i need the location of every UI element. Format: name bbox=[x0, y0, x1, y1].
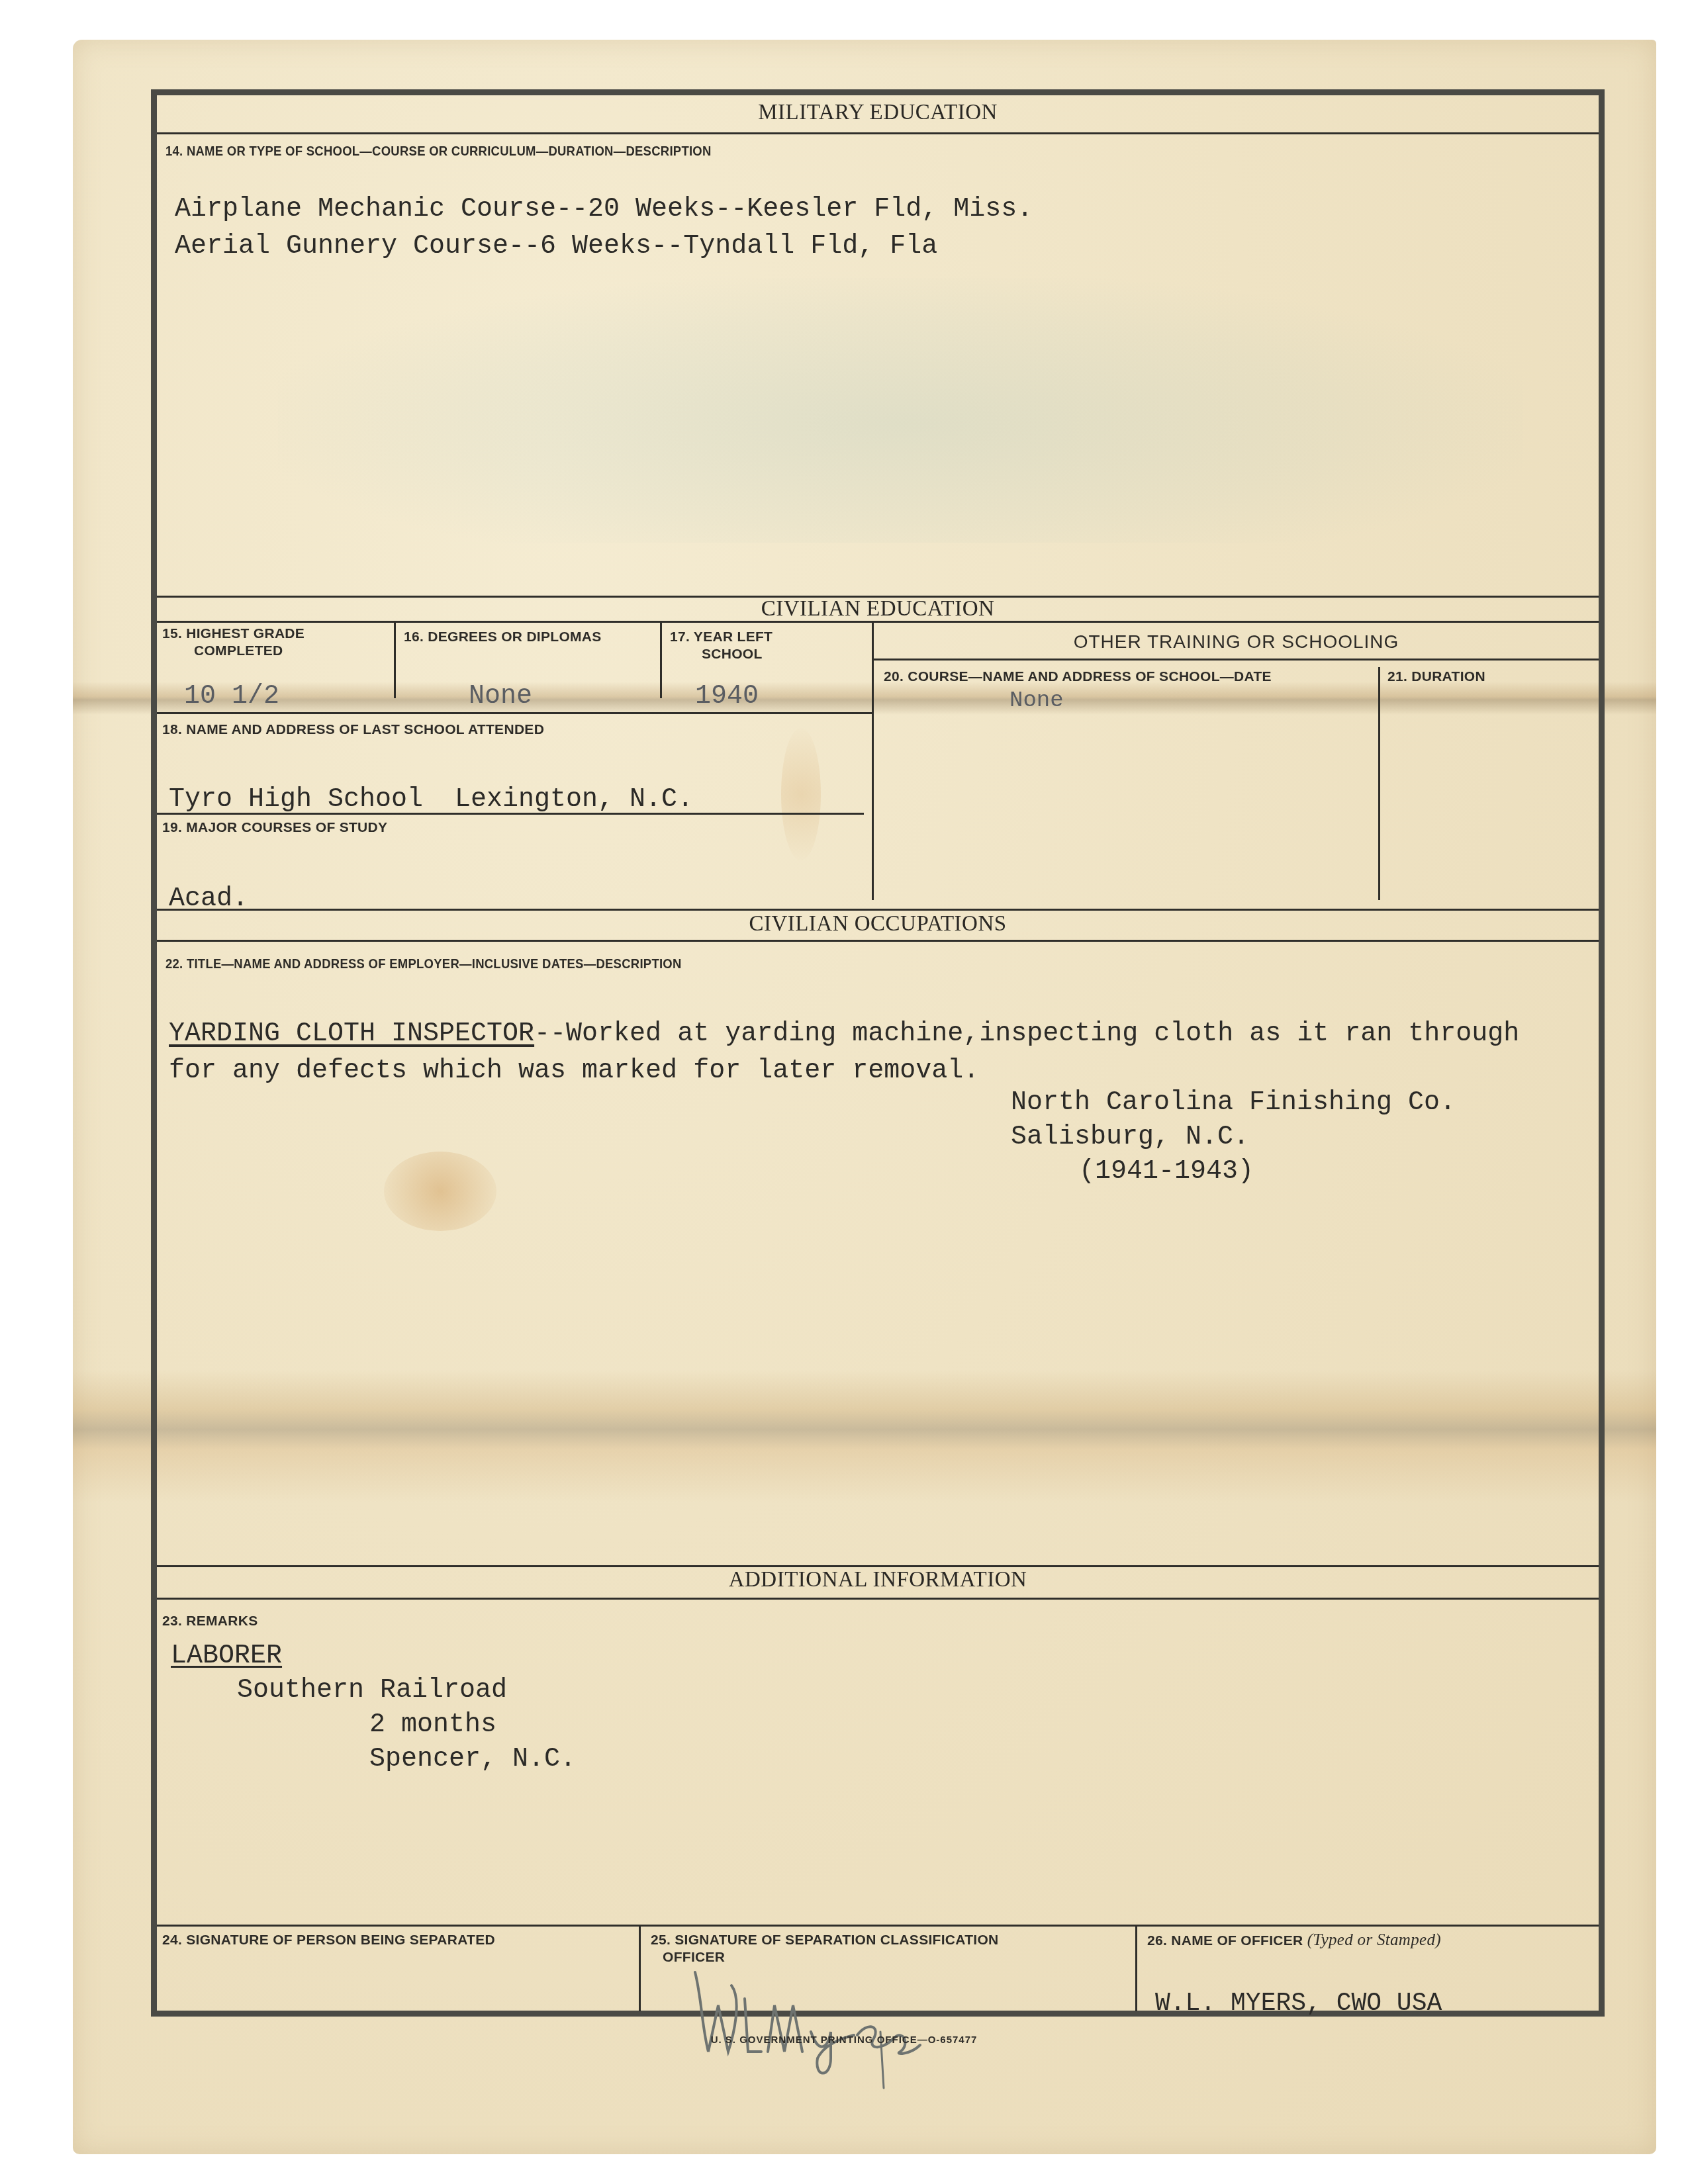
officer-name: W.L. MYERS, CWO USA bbox=[1155, 1989, 1442, 2019]
employer-name: North Carolina Finishing Co. bbox=[1011, 1088, 1456, 1118]
field-17-value: 1940 bbox=[695, 682, 759, 712]
field-17-label-line-2: SCHOOL bbox=[670, 646, 773, 663]
divider bbox=[157, 1598, 1599, 1600]
section-title-civilian-education: CIVILIAN EDUCATION bbox=[157, 597, 1599, 621]
column-divider bbox=[394, 622, 396, 698]
field-15-label-line-1: 15. HIGHEST GRADE bbox=[162, 625, 305, 643]
divider bbox=[157, 712, 872, 714]
field-16-label: 16. DEGREES OR DIPLOMAS bbox=[404, 629, 602, 646]
column-divider bbox=[660, 622, 662, 698]
section-title-additional-information: ADDITIONAL INFORMATION bbox=[157, 1568, 1599, 1592]
remarks-location: Spencer, N.C. bbox=[369, 1745, 576, 1775]
remarks-employer: Southern Railroad bbox=[237, 1676, 507, 1706]
divider bbox=[157, 909, 1599, 911]
divider bbox=[157, 621, 1599, 623]
field-22-label: 22. TITLE—NAME AND ADDRESS OF EMPLOYER—I… bbox=[165, 956, 682, 973]
divider bbox=[157, 1565, 1599, 1567]
printer-imprint: U. S. GOVERNMENT PRINTING OFFICE—O-65747… bbox=[0, 2034, 1688, 2046]
field-23-label: 23. REMARKS bbox=[162, 1613, 258, 1630]
divider bbox=[874, 659, 1599, 660]
occupation-description-1: --Worked at yarding machine,inspecting c… bbox=[534, 1019, 1519, 1049]
divider bbox=[157, 940, 1599, 942]
divider bbox=[157, 1925, 1599, 1927]
column-divider bbox=[1378, 667, 1380, 900]
occupation-title: YARDING CLOTH INSPECTOR bbox=[169, 1019, 534, 1049]
field-15-label-line-2: COMPLETED bbox=[162, 643, 305, 660]
field-24-label: 24. SIGNATURE OF PERSON BEING SEPARATED bbox=[162, 1932, 495, 1949]
field-26-label: 26. NAME OF OFFICER (Typed or Stamped) bbox=[1147, 1932, 1441, 1950]
field-17-label: 17. YEAR LEFT SCHOOL bbox=[670, 629, 773, 663]
section-title-civilian-occupations: CIVILIAN OCCUPATIONS bbox=[157, 912, 1599, 936]
field-14-label: 14. NAME OR TYPE OF SCHOOL—COURSE OR CUR… bbox=[165, 143, 712, 160]
column-divider bbox=[872, 622, 874, 900]
employment-dates: (1941-1943) bbox=[1079, 1157, 1254, 1187]
field-14-line-1: Airplane Mechanic Course--20 Weeks--Kees… bbox=[175, 195, 1033, 225]
field-26-label-note: (Typed or Stamped) bbox=[1307, 1931, 1441, 1949]
field-18-label: 18. NAME AND ADDRESS OF LAST SCHOOL ATTE… bbox=[162, 721, 544, 739]
field-20-label: 20. COURSE—NAME AND ADDRESS OF SCHOOL—DA… bbox=[884, 668, 1272, 686]
field-25-label-line-1: 25. SIGNATURE OF SEPARATION CLASSIFICATI… bbox=[651, 1932, 999, 1949]
field-16-value: None bbox=[469, 682, 532, 712]
field-22-line-1: YARDING CLOTH INSPECTOR--Worked at yardi… bbox=[169, 1019, 1519, 1050]
field-17-label-line-1: 17. YEAR LEFT bbox=[670, 629, 773, 646]
field-22-line-2: for any defects which was marked for lat… bbox=[169, 1056, 979, 1087]
employer-location: Salisburg, N.C. bbox=[1011, 1122, 1249, 1153]
other-training-title: OTHER TRAINING OR SCHOOLING bbox=[874, 633, 1599, 651]
field-20-value: None bbox=[1009, 686, 1064, 716]
section-title-military-education: MILITARY EDUCATION bbox=[157, 101, 1599, 125]
underline bbox=[157, 813, 864, 815]
column-divider bbox=[639, 1927, 641, 2011]
field-21-label: 21. DURATION bbox=[1387, 668, 1485, 686]
remarks-title: LABORER bbox=[171, 1641, 282, 1672]
divider bbox=[157, 132, 1599, 134]
field-15-label: 15. HIGHEST GRADE COMPLETED bbox=[162, 625, 305, 660]
field-14-line-2: Aerial Gunnery Course--6 Weeks--Tyndall … bbox=[175, 232, 937, 262]
remarks-duration: 2 months bbox=[369, 1710, 496, 1741]
column-divider bbox=[1135, 1927, 1137, 2011]
field-18-value: Tyro High School Lexington, N.C. bbox=[169, 785, 693, 815]
field-15-value: 10 1/2 bbox=[184, 682, 279, 712]
field-19-label: 19. MAJOR COURSES OF STUDY bbox=[162, 819, 387, 837]
field-26-label-text: 26. NAME OF OFFICER bbox=[1147, 1933, 1303, 1948]
officer-signature bbox=[682, 1959, 1013, 2091]
